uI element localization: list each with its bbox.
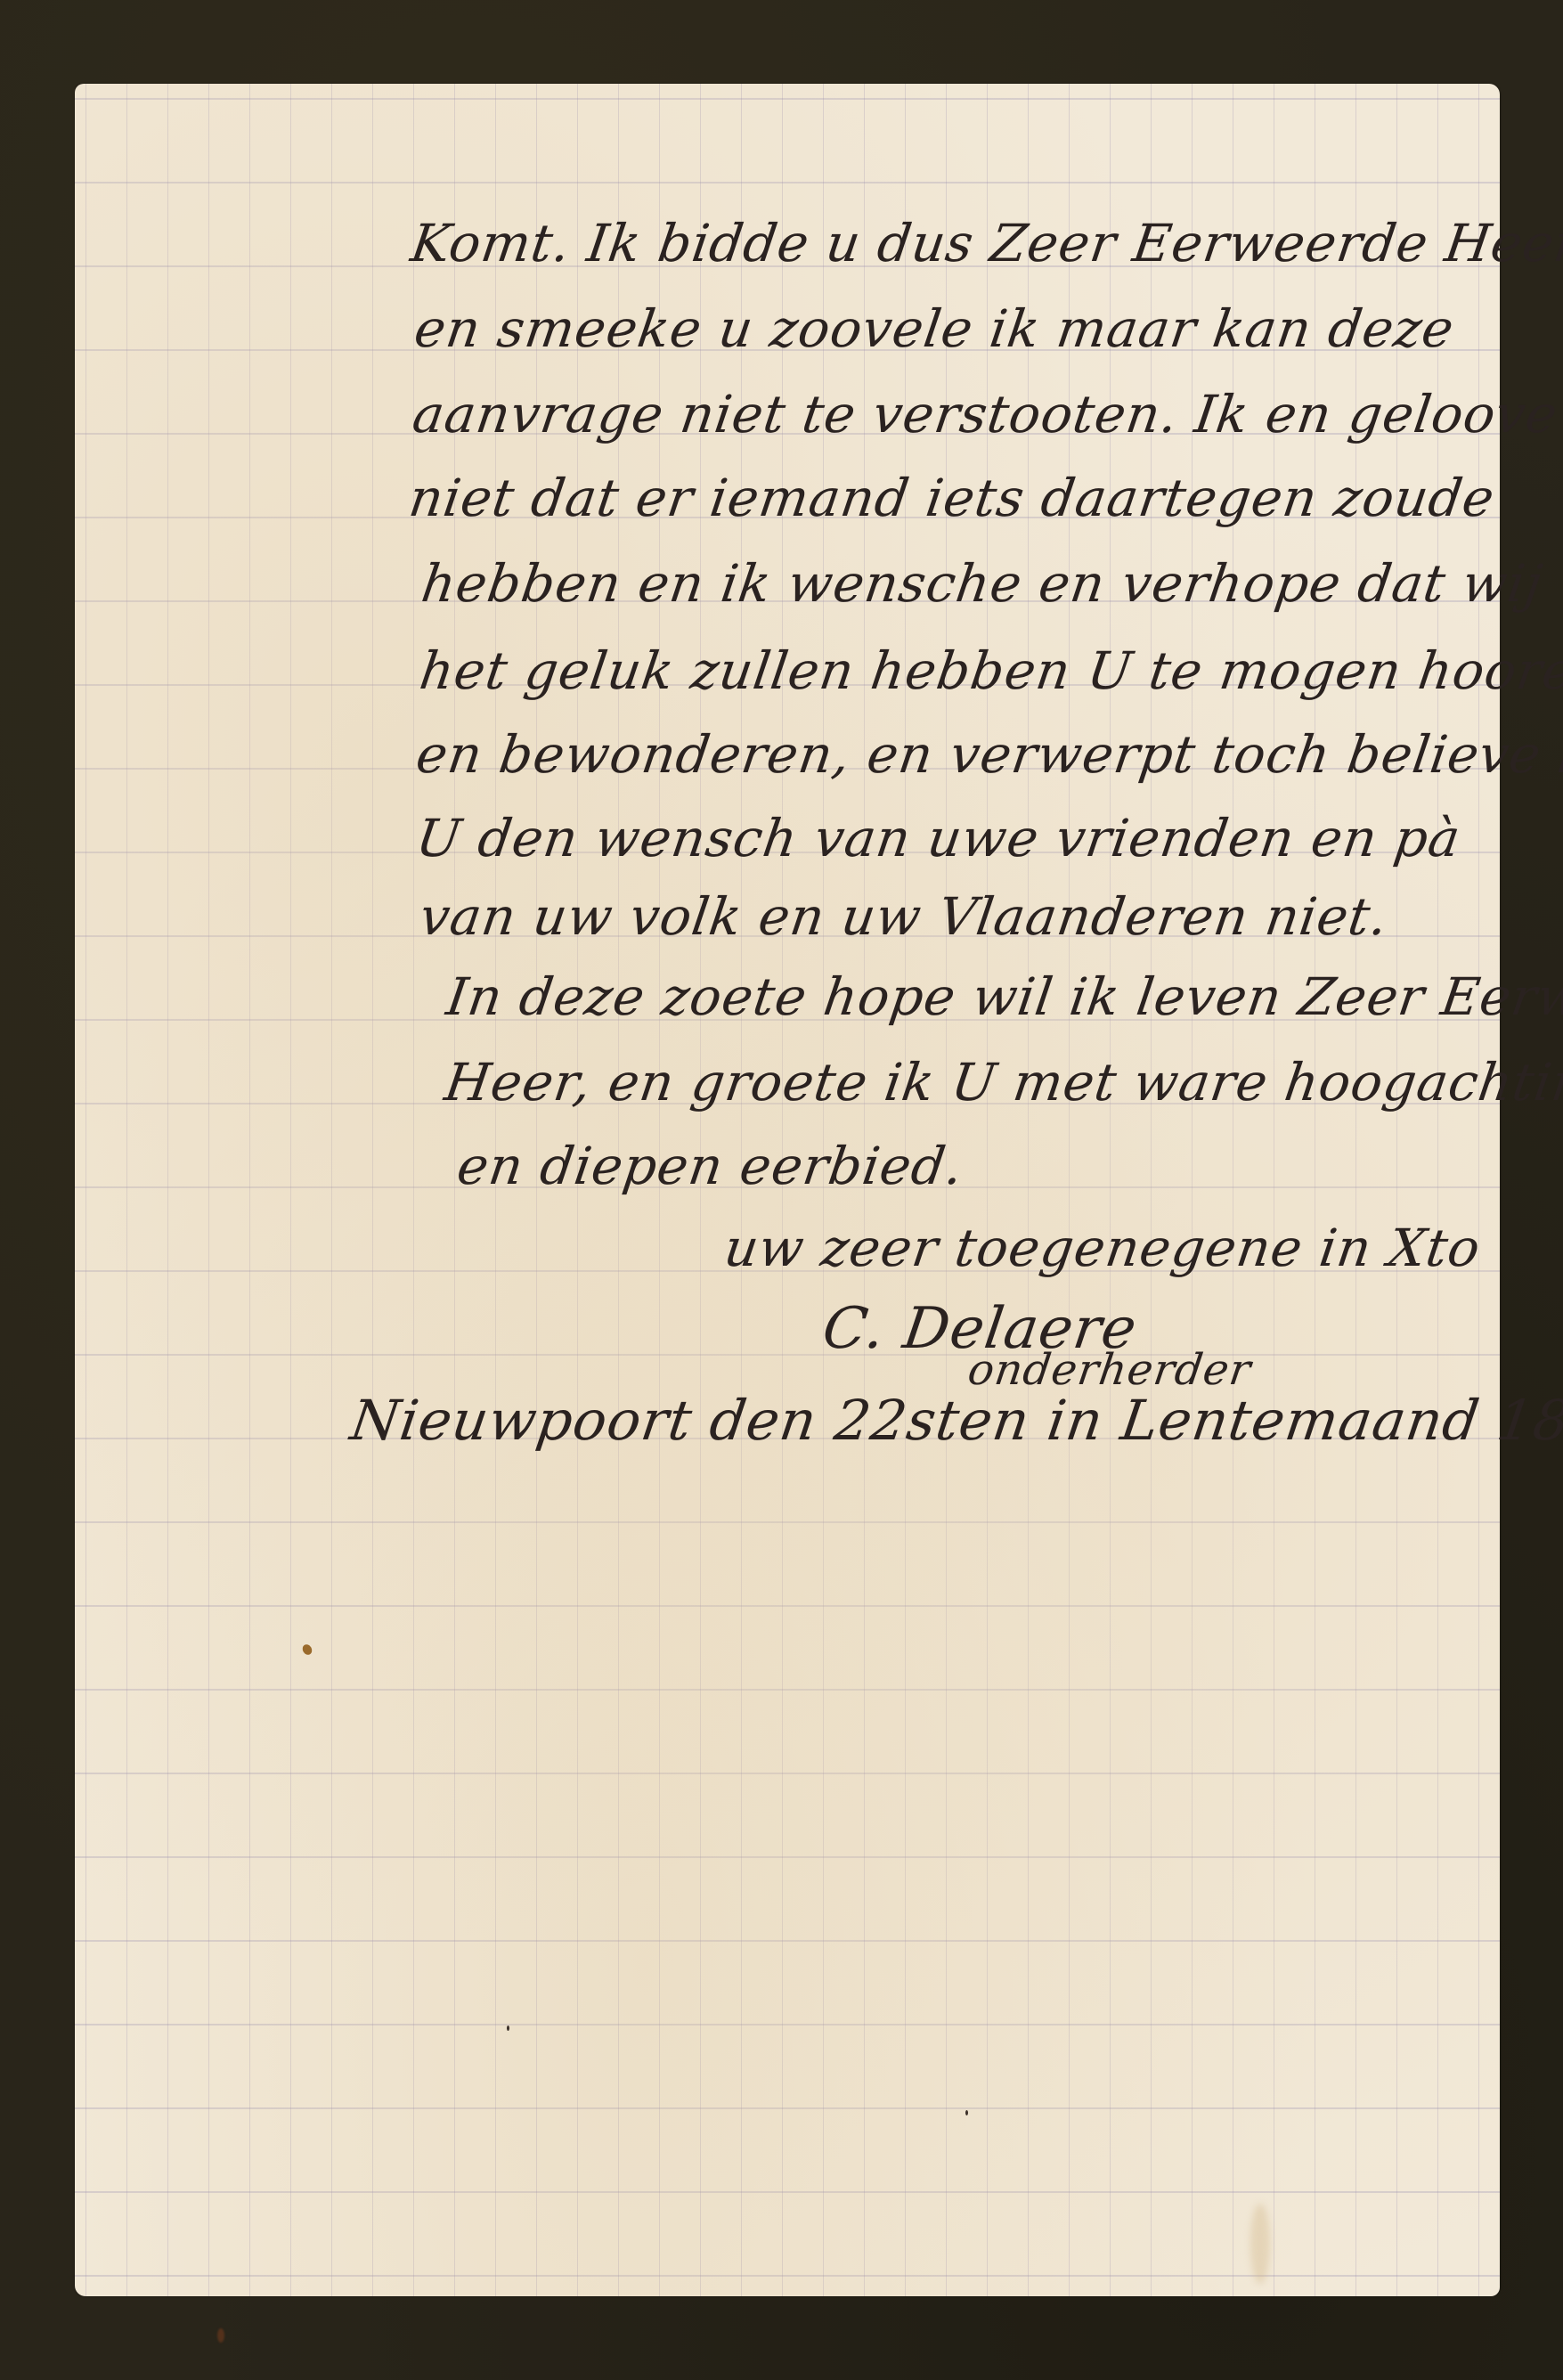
letter-line: en smeeke u zoovele ik maar kan deze [411, 303, 1457, 355]
letter-line: Komt. Ik bidde u dus Zeer Eerweerde Heer [408, 217, 1563, 269]
letter-line: en diepen eerbied. [454, 1140, 966, 1192]
letter-line: en bewonderen, en verwerpt toch believe … [413, 729, 1563, 780]
paper-stain [301, 1642, 314, 1656]
letter-page: Komt. Ik bidde u dus Zeer Eerweerde Heer… [75, 84, 1500, 2296]
paper-stain [1250, 2204, 1270, 2284]
letter-line: In deze zoete hope wil ik leven Zeer Eer… [444, 971, 1563, 1023]
ink-speck [965, 2110, 968, 2115]
signature-title: onderherder [965, 1349, 1254, 1391]
letter-line: het geluk zullen hebben U te mogen hoore… [417, 645, 1563, 697]
dateline: Nieuwpoort den 22sten in Lentemaand 1899… [347, 1393, 1563, 1448]
letter-line: niet dat er iemand iets daartegen zoude [406, 472, 1498, 524]
letter-line: hebben en ik wensche en verhope dat wij [419, 558, 1546, 609]
letter-line: U den wensch van uwe vrienden en pà [413, 812, 1464, 864]
closing-salutation: uw zeer toegenegene in Xto [721, 1222, 1484, 1274]
ink-speck [507, 2025, 509, 2031]
paper-stain [217, 2328, 224, 2343]
letter-line: van uw volk en uw Vlaanderen niet. [417, 891, 1391, 942]
letter-line: Heer, en groete ik U met ware hoogachtin… [442, 1056, 1563, 1108]
letter-line: aanvrage niet te verstooten. Ik en geloo… [410, 388, 1561, 440]
